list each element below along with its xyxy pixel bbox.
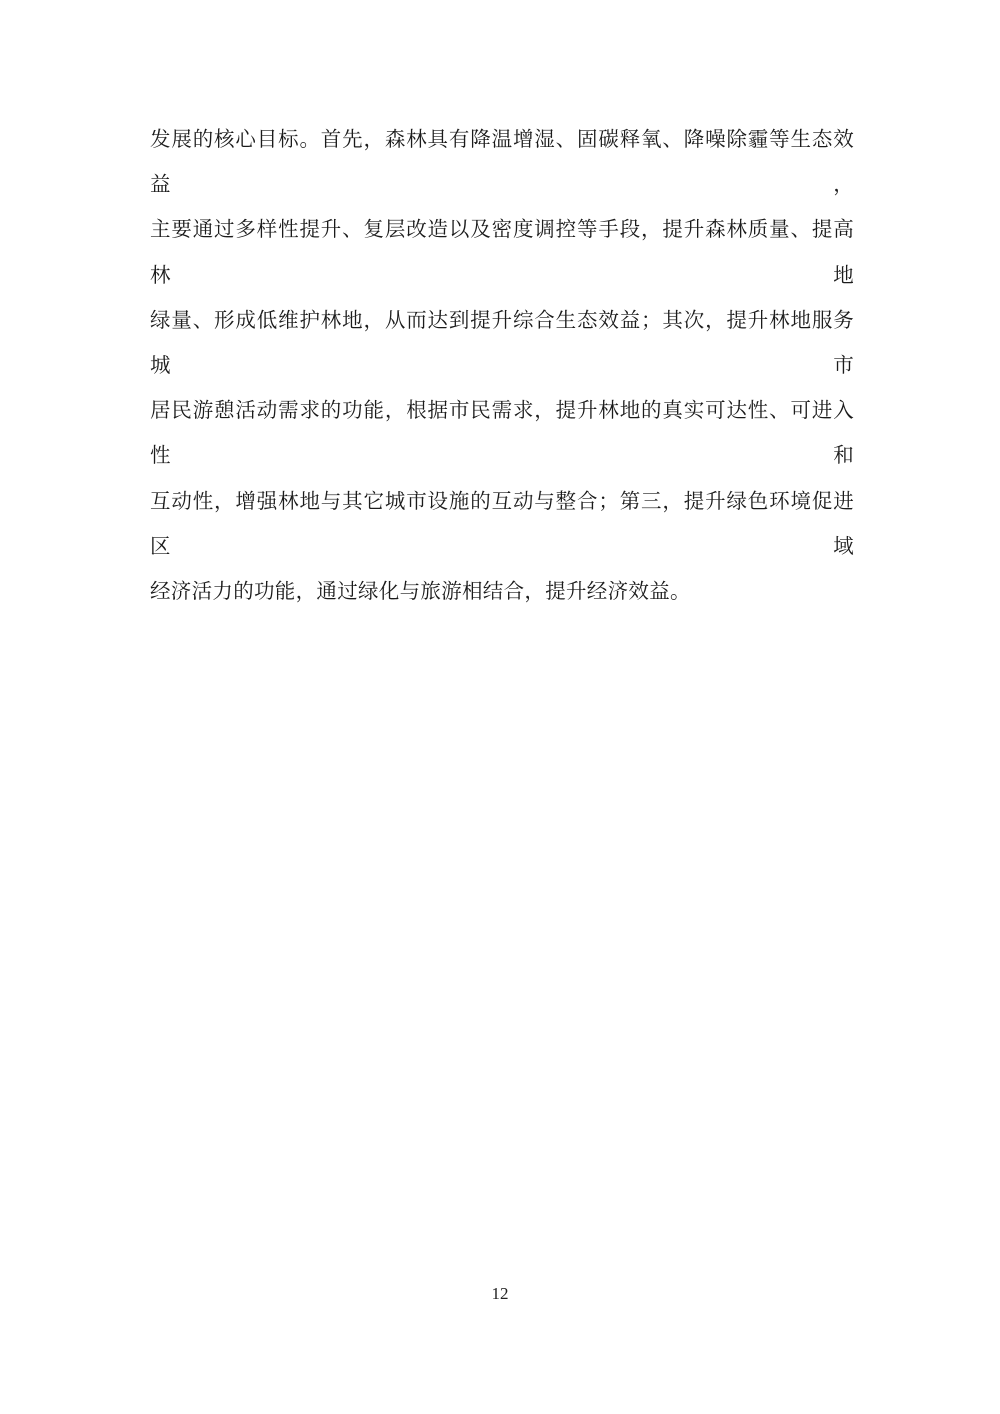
paragraph-line: 居民游憩活动需求的功能，根据市民需求，提升林地的真实可达性、可进入性和 xyxy=(150,389,854,479)
document-page: 发展的核心目标。首先，森林具有降温增湿、固碳释氧、降噪除霾等生态效益， 主要通过… xyxy=(0,0,1000,1414)
page-number: 12 xyxy=(0,1284,1000,1304)
paragraph-line: 绿量、形成低维护林地，从而达到提升综合生态效益；其次，提升林地服务城市 xyxy=(150,299,854,389)
paragraph-line: 发展的核心目标。首先，森林具有降温增湿、固碳释氧、降噪除霾等生态效益， xyxy=(150,118,854,208)
body-paragraph: 发展的核心目标。首先，森林具有降温增湿、固碳释氧、降噪除霾等生态效益， 主要通过… xyxy=(150,118,854,615)
paragraph-line: 主要通过多样性提升、复层改造以及密度调控等手段，提升森林质量、提高林地 xyxy=(150,208,854,298)
paragraph-line: 经济活力的功能，通过绿化与旅游相结合，提升经济效益。 xyxy=(150,570,854,615)
paragraph-line: 互动性，增强林地与其它城市设施的互动与整合；第三，提升绿色环境促进区域 xyxy=(150,480,854,570)
